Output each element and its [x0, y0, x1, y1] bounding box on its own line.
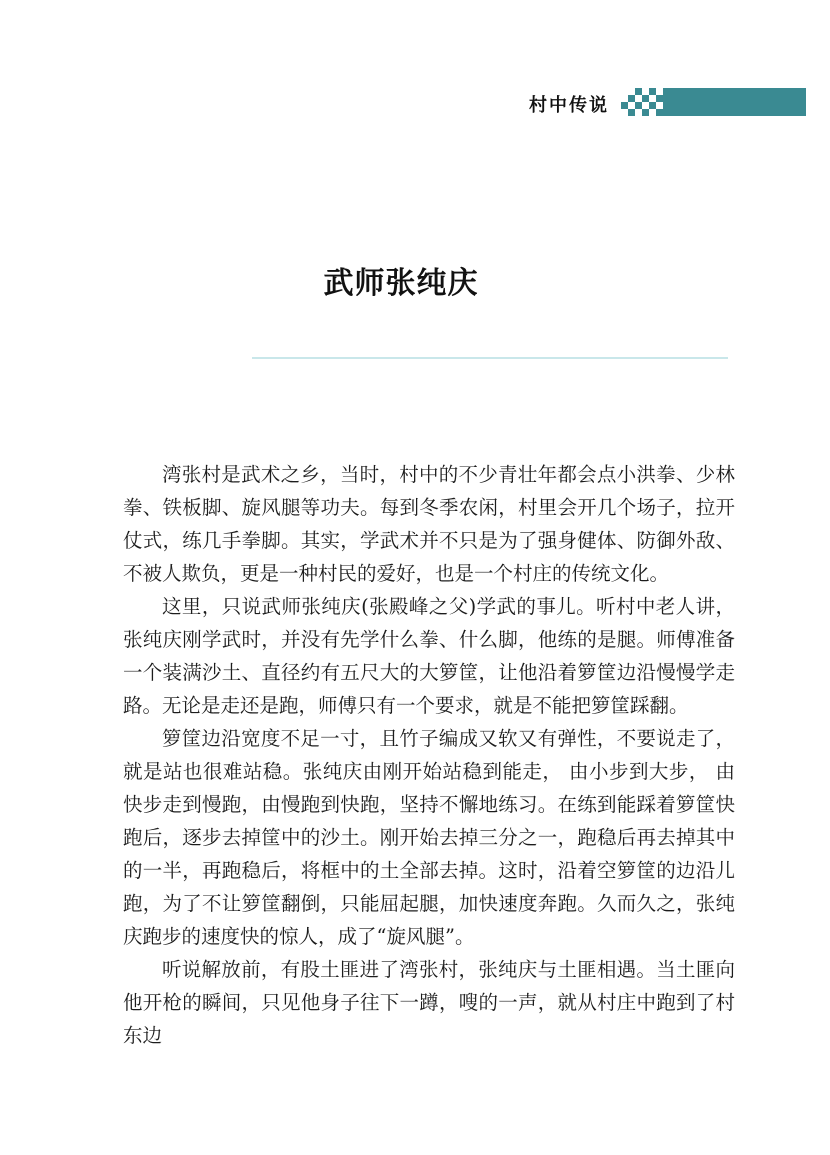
paragraph: 这里，只说武师张纯庆(张殿峰之父)学武的事儿。听村中老人讲，张纯庆刚学武时，并没… [123, 590, 735, 722]
document-page: 村中传说 武师张纯庆 湾张村是武术之乡，当时，村中的不少青壮年都会点小洪拳、少林… [0, 0, 830, 1155]
paragraph: 湾张村是武术之乡，当时，村中的不少青壮年都会点小洪拳、少林拳、铁板脚、旋风腿等功… [123, 458, 735, 590]
article-body: 湾张村是武术之乡，当时，村中的不少青壮年都会点小洪拳、少林拳、铁板脚、旋风腿等功… [123, 458, 735, 1052]
page-title: 武师张纯庆 [123, 258, 679, 302]
checker-pattern-icon [618, 86, 664, 118]
paragraph: 听说解放前，有股土匪进了湾张村，张纯庆与土匪相遇。当土匪向他开枪的瞬间，只见他身… [123, 953, 735, 1052]
title-divider-line [252, 357, 728, 359]
paragraph: 箩筐边沿宽度不足一寸，且竹子编成又软又有弹性，不要说走了，就是站也很难站稳。张纯… [123, 722, 735, 953]
title-block: 武师张纯庆 [123, 258, 735, 302]
header-accent-bar [663, 88, 806, 116]
running-head-label: 村中传说 [529, 91, 609, 117]
